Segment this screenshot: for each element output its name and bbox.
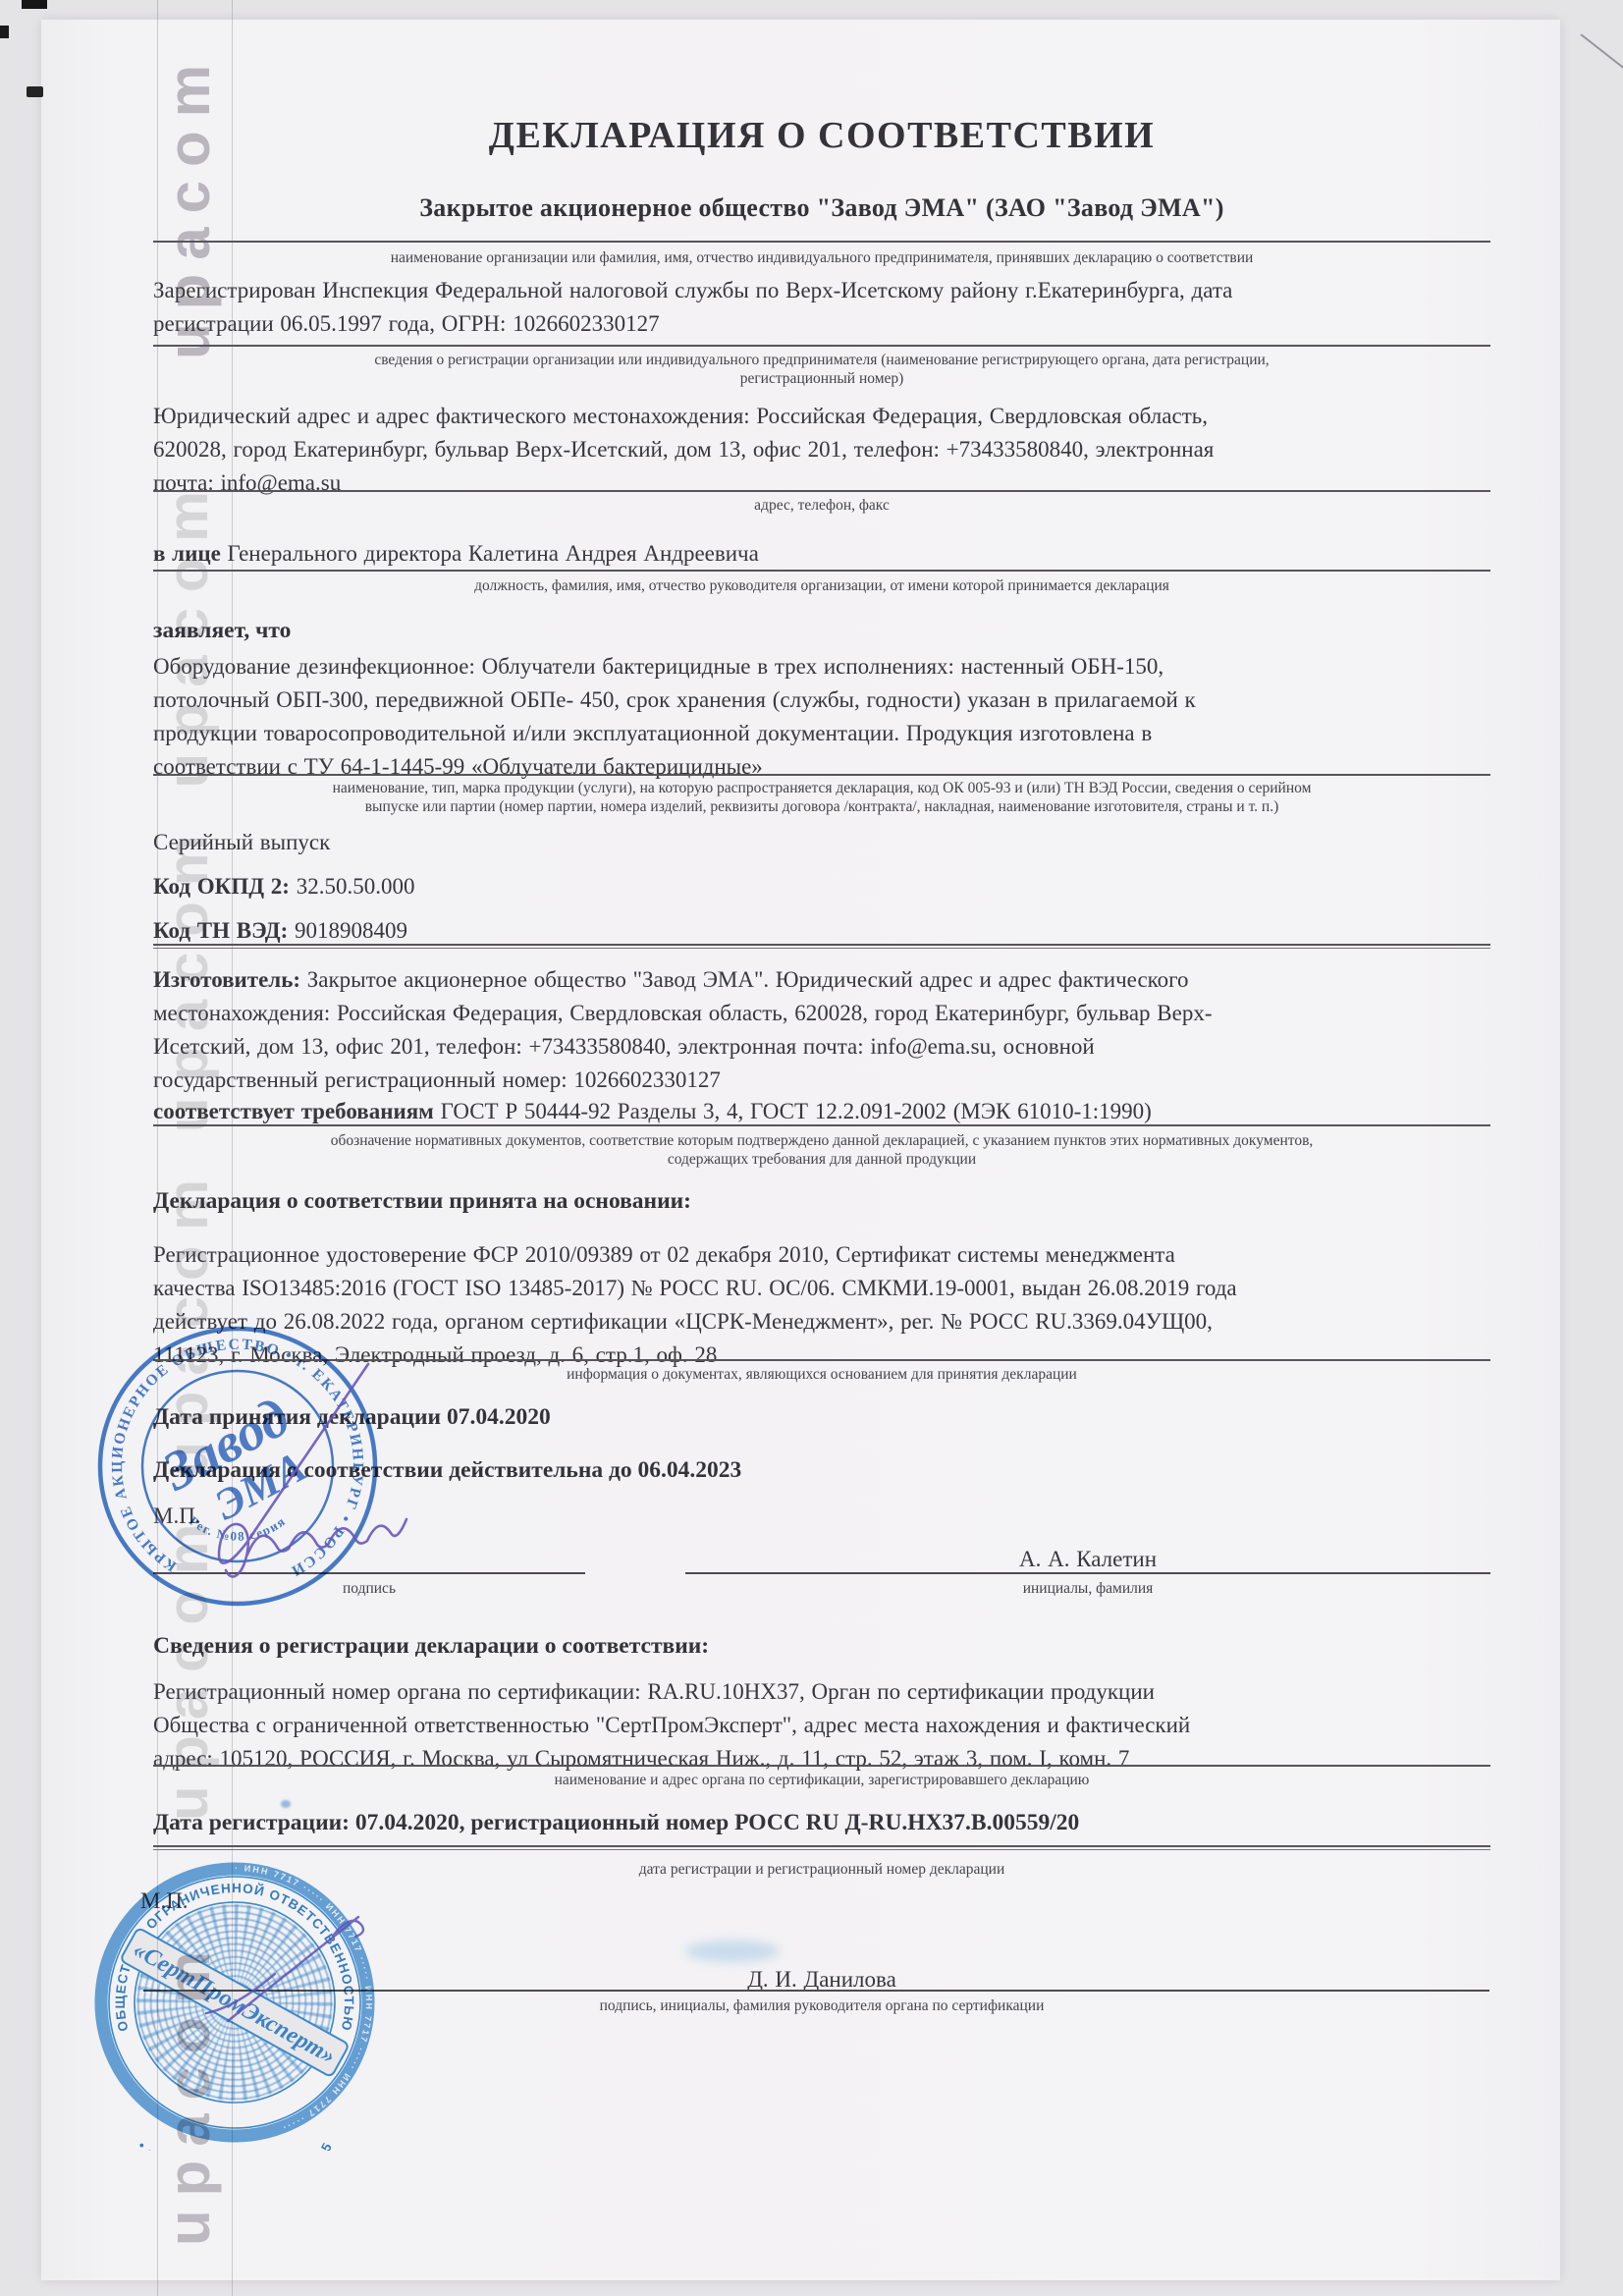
kaletin-name: А. А. Калетин xyxy=(685,1543,1490,1576)
serial-release: Серийный выпуск xyxy=(153,826,1490,859)
conformity-standards: ГОСТ Р 50444-92 Разделы 3, 4, ГОСТ 12.2.… xyxy=(434,1099,1152,1123)
page-title: ДЕКЛАРАЦИЯ О СООТВЕТСТВИИ xyxy=(153,114,1490,157)
danilova-signature xyxy=(147,1895,383,2062)
registration-date: Дата регистрации: 07.04.2020, регистраци… xyxy=(153,1810,1490,1836)
ink-smudge xyxy=(685,1941,780,1962)
field-underline xyxy=(153,570,1490,572)
tnved-label: Код ТН ВЭД: xyxy=(153,918,288,943)
scan-artifact xyxy=(1581,33,1623,70)
conformity-label: соответствует требованиям xyxy=(153,1099,434,1123)
field-underline xyxy=(153,241,1490,243)
field-underline xyxy=(153,1845,1490,1847)
field-underline xyxy=(153,490,1490,492)
reg-info-caption: наименование и адрес органа по сертифика… xyxy=(153,1771,1490,1789)
okpd-label: Код ОКПД 2: xyxy=(153,874,290,899)
declarant-name: Закрытое акционерное общество "Завод ЭМА… xyxy=(153,193,1490,223)
representative-line: в лице Генерального директора Калетина А… xyxy=(153,537,1490,571)
conformity-line: соответствует требованиям ГОСТ Р 50444-9… xyxy=(153,1095,1490,1128)
ink-smudge xyxy=(281,1800,291,1808)
scan-artifact xyxy=(22,0,47,9)
reg-info-text: Регистрационный номер органа по сертифик… xyxy=(153,1675,1490,1776)
field-underline xyxy=(153,774,1490,776)
scanned-declaration-page: upacom upacom upacom upacom upacom upaco… xyxy=(0,0,1623,2296)
registration-caption: сведения о регистрации организации или и… xyxy=(153,351,1490,388)
manufacturer-details: Закрытое акционерное общество "Завод ЭМА… xyxy=(153,967,1213,1092)
scan-artifact xyxy=(27,86,43,97)
tnved-value: 9018908409 xyxy=(288,918,407,943)
field-underline xyxy=(153,1849,1490,1850)
representative-lead: в лице xyxy=(153,541,221,566)
field-underline xyxy=(153,345,1490,347)
declares-heading: заявляет, что xyxy=(153,618,1490,644)
representative-caption: должность, фамилия, имя, отчество руково… xyxy=(153,576,1490,595)
product-caption: наименование, тип, марка продукции (услу… xyxy=(153,779,1490,816)
conformity-caption: обозначение нормативных документов, соот… xyxy=(153,1131,1490,1169)
okpd-value: 32.50.50.000 xyxy=(290,874,415,899)
registration-text: Зарегистрирован Инспекция Федеральной на… xyxy=(153,274,1490,341)
okpd-code: Код ОКПД 2: 32.50.50.000 xyxy=(153,870,1490,903)
basis-heading: Декларация о соответствии принята на осн… xyxy=(153,1188,1490,1215)
manufacturer-label: Изготовитель: xyxy=(153,967,300,992)
tnved-code: Код ТН ВЭД: 9018908409 xyxy=(153,914,1490,948)
scan-artifact xyxy=(0,26,9,38)
signature-line xyxy=(685,1572,1490,1574)
representative-name: Генерального директора Калетина Андрея А… xyxy=(221,541,759,566)
kaletin-signature xyxy=(137,1350,461,1596)
section-rule xyxy=(153,944,1490,946)
address-text: Юридический адрес и адрес фактического м… xyxy=(153,400,1490,500)
product-text: Оборудование дезинфекционное: Облучатели… xyxy=(153,650,1490,784)
initials-caption: инициалы, фамилия xyxy=(685,1579,1490,1598)
reg-info-heading: Сведения о регистрации декларации о соот… xyxy=(153,1633,1490,1660)
address-caption: адрес, телефон, факс xyxy=(153,496,1490,515)
declarant-caption: наименование организации или фамилия, им… xyxy=(153,248,1490,267)
manufacturer-text: Изготовитель: Закрытое акционерное общес… xyxy=(153,963,1490,1097)
section-rule xyxy=(153,948,1490,949)
field-underline xyxy=(153,1765,1490,1767)
field-underline xyxy=(153,1124,1490,1126)
